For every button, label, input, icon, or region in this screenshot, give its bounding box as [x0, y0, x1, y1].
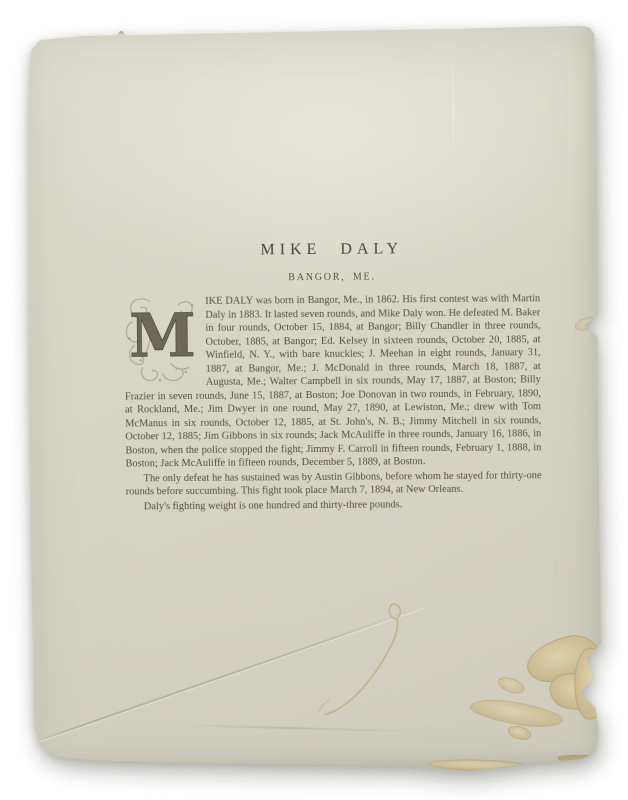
- crease-line: [180, 724, 435, 733]
- dropcap-flourish-art: M: [122, 293, 199, 384]
- paragraph-record: M IKE DALY was born in Bangor, Me., in 1…: [124, 292, 541, 471]
- tear-stain: [428, 758, 530, 772]
- paragraph-defeat: The only defeat he has sustained was by …: [126, 469, 542, 499]
- crease-line: [33, 605, 425, 743]
- crease-line: [452, 52, 454, 162]
- tear-stain: [573, 647, 612, 721]
- tear-stain: [558, 755, 608, 762]
- page-subtitle: BANGOR, ME.: [124, 270, 540, 284]
- paragraph-weight: Daly's fighting weight is one hundred an…: [126, 497, 542, 514]
- ornate-dropcap: M: [122, 293, 199, 384]
- page-content: MIKE DALY BANGOR, ME.: [124, 239, 542, 513]
- dropcap-letter: M: [129, 301, 196, 372]
- tear-stain: [496, 674, 527, 697]
- book-page: MIKE DALY BANGOR, ME.: [24, 26, 603, 775]
- tear-stain: [573, 314, 600, 333]
- page-title: MIKE DALY: [124, 239, 540, 260]
- page-shadow: MIKE DALY BANGOR, ME.: [24, 26, 603, 775]
- biography-text: M IKE DALY was born in Bangor, Me., in 1…: [124, 292, 542, 513]
- photo-backdrop: MIKE DALY BANGOR, ME.: [0, 0, 628, 800]
- edge-nick: [117, 29, 126, 33]
